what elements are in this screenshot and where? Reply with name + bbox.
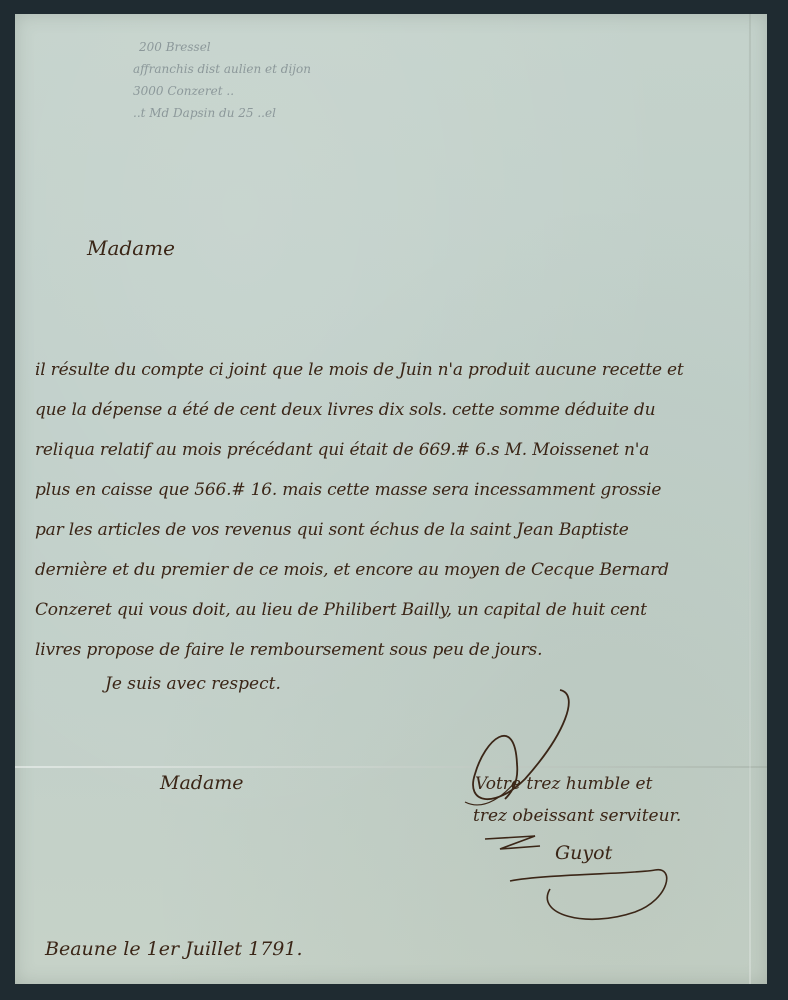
body-line: reliqua relatif au mois précédant qui ét…: [35, 430, 755, 470]
pencil-note-line: 200 Bressel: [133, 36, 311, 58]
pencil-note-line: ..t Md Dapsin du 25 ..el: [133, 102, 311, 124]
body-line: livres propose de faire le remboursement…: [35, 630, 755, 670]
body-line: que la dépense a été de cent deux livres…: [35, 390, 755, 430]
signoff-line-1: Votre trez humble et: [475, 774, 652, 794]
body-line: dernière et du premier de ce mois, et en…: [35, 550, 755, 590]
pencil-annotation: 200 Bressel affranchis dist aulien et di…: [133, 36, 311, 124]
date-line: Beaune le 1er Juillet 1791.: [45, 938, 303, 960]
body-line: Conzeret qui vous doit, au lieu de Phili…: [35, 590, 755, 630]
body-line: par les articles de vos revenus qui sont…: [35, 510, 755, 550]
horizontal-fold-line: [15, 766, 767, 768]
signoff-line-2: trez obeissant serviteur.: [473, 806, 681, 826]
closing-salutation: Madame: [160, 772, 244, 794]
pencil-note-line: 3000 Conzeret ..: [133, 80, 311, 102]
pencil-note-line: affranchis dist aulien et dijon: [133, 58, 311, 80]
body-line: il résulte du compte ci joint que le moi…: [35, 350, 755, 390]
body-line: plus en caisse que 566.# 16. mais cette …: [35, 470, 755, 510]
closing-phrase: Je suis avec respect.: [105, 674, 281, 694]
salutation: Madame: [87, 236, 175, 260]
letter-body: il résulte du compte ci joint que le moi…: [35, 350, 755, 670]
signature: Guyot: [555, 842, 612, 864]
letter-paper: 200 Bressel affranchis dist aulien et di…: [15, 14, 767, 984]
